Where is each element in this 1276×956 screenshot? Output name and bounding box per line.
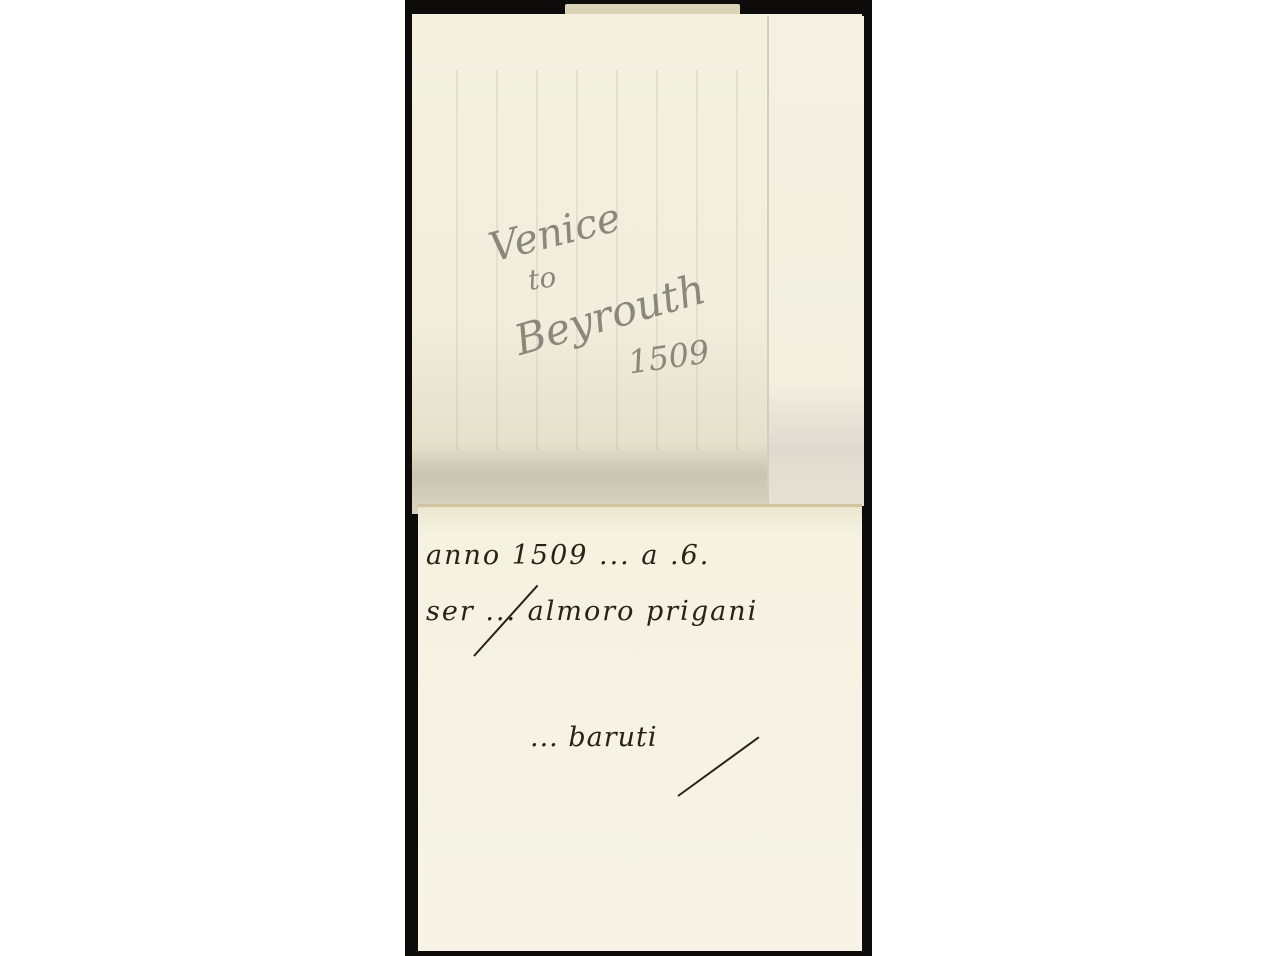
pencil-note-to: to bbox=[526, 260, 558, 297]
show-through-writing bbox=[430, 70, 750, 450]
ink-address-line-1: anno 1509 ... a .6. bbox=[426, 540, 710, 571]
letter-side-flap bbox=[767, 16, 864, 506]
ink-address-line-2: ser ... almoro prigani bbox=[426, 596, 758, 627]
ink-address-line-3: ... baruti bbox=[530, 722, 658, 753]
